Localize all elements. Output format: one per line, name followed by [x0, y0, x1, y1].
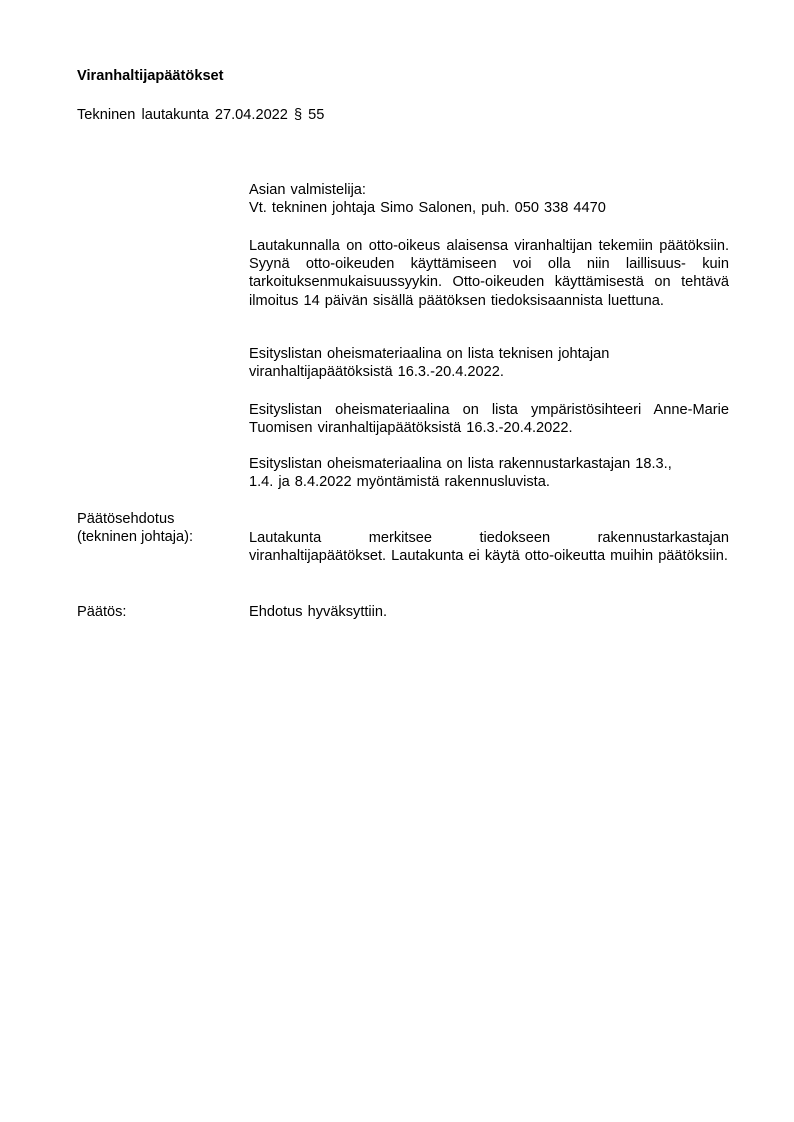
proposal-label-line: (tekninen johtaja): [77, 528, 193, 546]
meeting-reference: Tekninen lautakunta 27.04.2022 § 55 [77, 106, 324, 124]
proposal-label: Päätösehdotus (tekninen johtaja): [77, 510, 193, 546]
attachment-line: Esityslistan oheismateriaalina on lista … [249, 345, 729, 363]
document-page: Viranhaltijapäätökset Tekninen lautakunt… [0, 0, 794, 1122]
otto-right-paragraph: Lautakunnalla on otto-oikeus alaisensa v… [249, 237, 729, 310]
decision-text: Ehdotus hyväksyttiin. [249, 603, 729, 621]
attachment-line: 1.4. ja 8.4.2022 myöntämistä rakennusluv… [249, 473, 729, 491]
preparer-value: Vt. tekninen johtaja Simo Salonen, puh. … [249, 199, 729, 217]
attachment-line: viranhaltijapäätöksistä 16.3.-20.4.2022. [249, 363, 729, 381]
attachment-line: Esityslistan oheismateriaalina on lista … [249, 455, 729, 473]
attachment-paragraph-environment-secretary: Esityslistan oheismateriaalina on lista … [249, 401, 729, 437]
decision-label: Päätös: [77, 603, 127, 621]
attachment-paragraph-technical-director: Esityslistan oheismateriaalina on lista … [249, 345, 729, 381]
attachment-paragraph-building-inspector: Esityslistan oheismateriaalina on lista … [249, 455, 729, 491]
document-title: Viranhaltijapäätökset [77, 67, 224, 85]
proposal-label-line: Päätösehdotus [77, 510, 193, 528]
proposal-text: Lautakunta merkitsee tiedokseen rakennus… [249, 529, 729, 565]
preparer-block: Asian valmistelija: Vt. tekninen johtaja… [249, 181, 729, 217]
preparer-label: Asian valmistelija: [249, 181, 729, 199]
